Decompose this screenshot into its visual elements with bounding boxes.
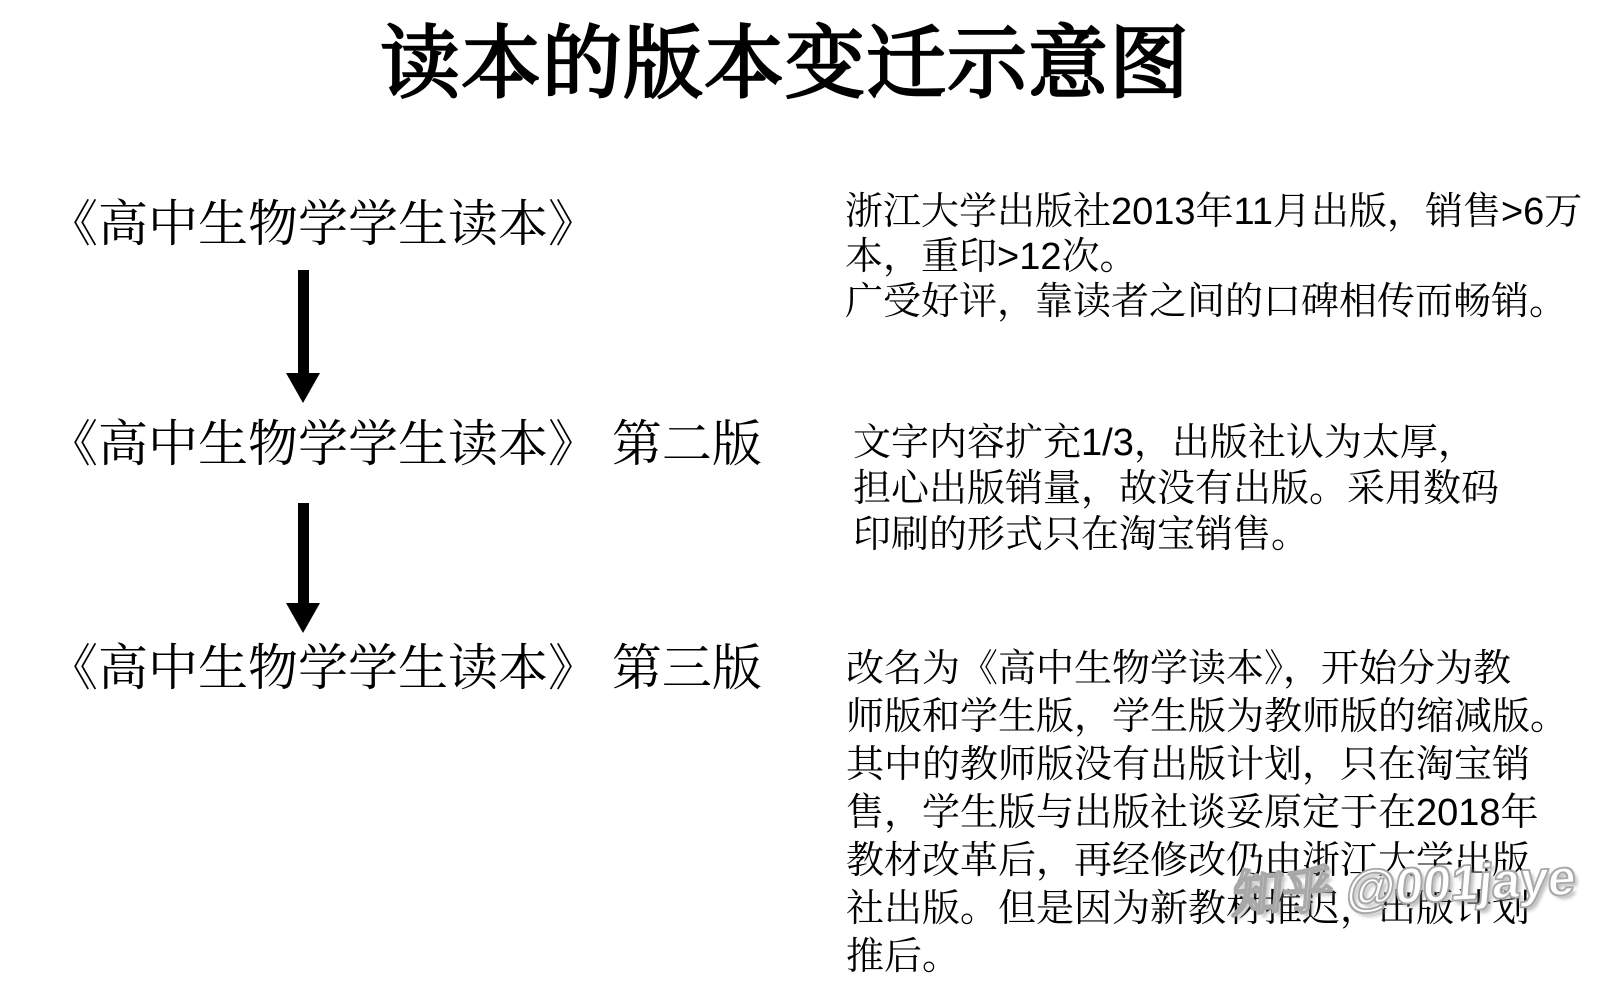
version-2-description: 文字内容扩充1/3，出版社认为太厚， 担心出版销量，故没有出版。采用数码 印刷的… <box>853 420 1499 558</box>
version-2-label: 《高中生物学学生读本》 第二版 <box>48 414 762 474</box>
diagram-title: 读本的版本变迁示意图 <box>0 16 1570 112</box>
down-arrow-icon <box>286 503 320 633</box>
arrow-head <box>286 603 320 633</box>
arrow-head <box>286 373 320 403</box>
arrow-shaft <box>298 270 309 373</box>
diagram-canvas: 读本的版本变迁示意图 《高中生物学学生读本》 浙江大学出版社2013年11月出版… <box>0 0 1613 983</box>
version-3-description: 改名为《高中生物学读本》，开始分为教 师版和学生版，学生版为教师版的缩减版。 其… <box>846 645 1568 981</box>
version-1-description: 浙江大学出版社2013年11月出版，销售>6万 本，重印>12次。 广受好评，靠… <box>845 190 1582 325</box>
version-1-label: 《高中生物学学生读本》 <box>48 194 598 254</box>
version-3-label: 《高中生物学学生读本》 第三版 <box>48 638 762 698</box>
arrow-shaft <box>298 503 309 603</box>
down-arrow-icon <box>286 270 320 403</box>
